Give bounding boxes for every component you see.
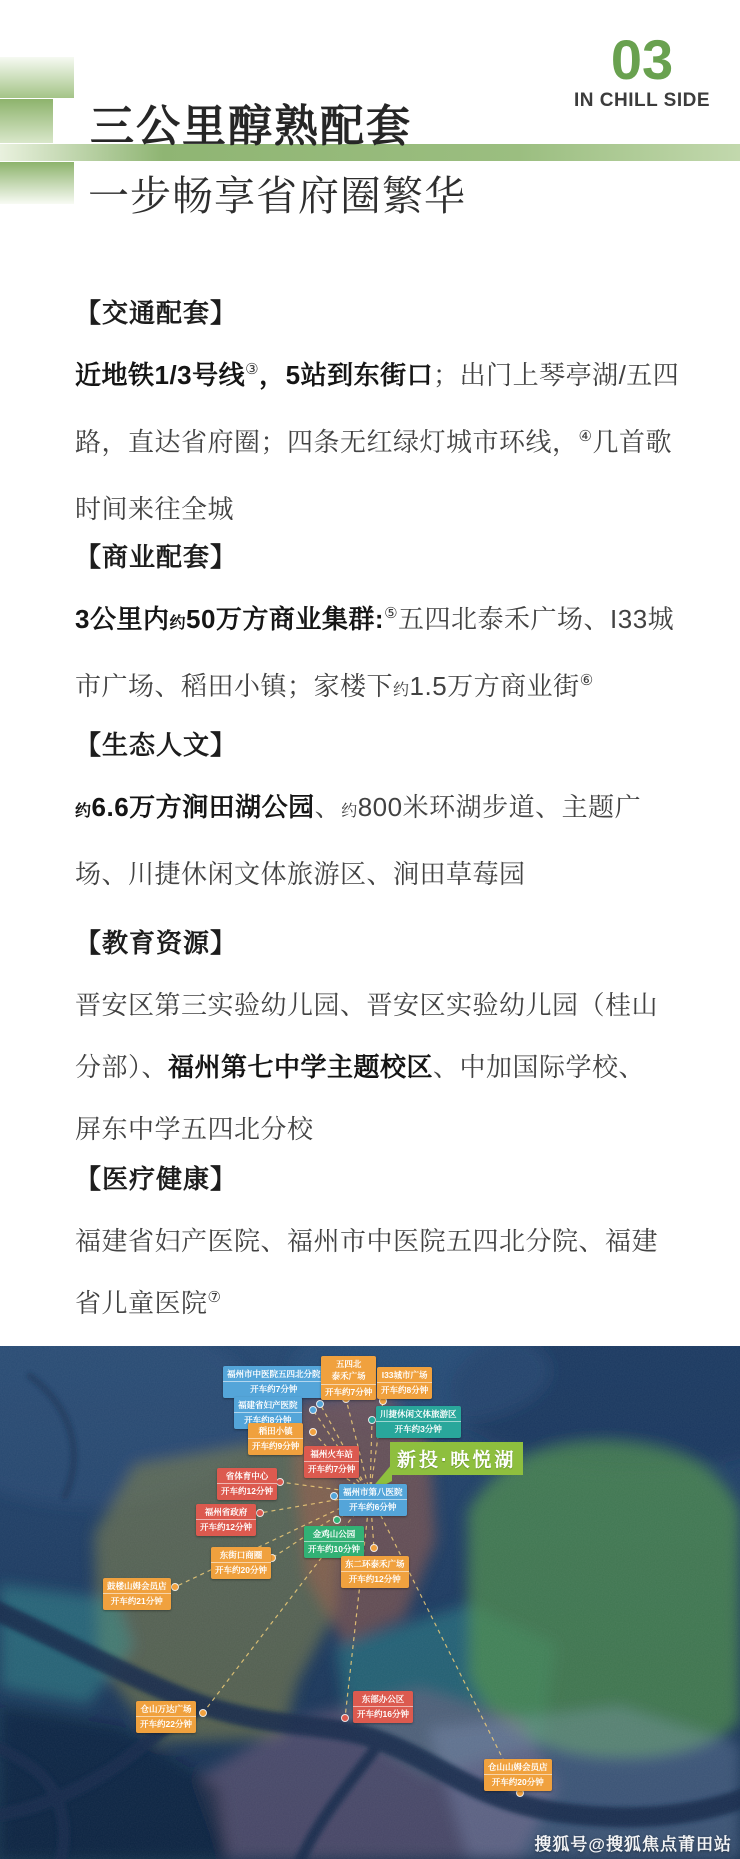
section-line: 分部）、福州第七中学主题校区、中加国际学校、 [75, 1036, 685, 1098]
text-run: ；出门上琴亭湖/五四 [433, 360, 679, 390]
map-label: 省体育中心开车约12分钟 [217, 1468, 277, 1500]
text-run: 路，直达省府圈；四条无红绿灯城市环线， [75, 427, 579, 457]
map-label-name: 仓山山姆会员店 [484, 1759, 552, 1774]
map-label-name: 仓山万达广场 [136, 1701, 196, 1716]
text-run: ③ [245, 361, 259, 378]
text-run: ，5站到东街口 [259, 360, 433, 390]
map-label-name: 鼓楼山姆会员店 [103, 1578, 171, 1593]
text-run: 场、川捷休闲文体旅游区、涧田草莓园 [75, 859, 526, 889]
map-label: 福州市第八医院开车约6分钟 [339, 1484, 407, 1516]
map-label-name: 稻田小镇 [248, 1423, 303, 1438]
text-run: 3公里内 [75, 604, 169, 634]
map-label: I33城市广场开车约8分钟 [377, 1367, 432, 1399]
map-label-name: 东二环泰禾广场 [341, 1556, 409, 1571]
map-label-name: 省体育中心 [217, 1468, 277, 1483]
text-run: 800米环湖步道、主题广 [358, 792, 641, 822]
text-run: 市广场、稻田小镇；家楼下 [75, 671, 393, 701]
map-dot [369, 1417, 376, 1424]
text-run: 约 [341, 803, 358, 820]
text-run: ⑦ [208, 1289, 222, 1306]
map-label-name: I33城市广场 [377, 1367, 432, 1382]
section-heading: 【商业配套】 [75, 526, 685, 588]
map-label-name: 福州市中医院五四北分院 [223, 1366, 325, 1381]
map-label-drive-time: 开车约20分钟 [211, 1562, 271, 1578]
map-label-name: 福州市第八医院 [339, 1484, 407, 1499]
map-label-name: 福州火车站 [304, 1446, 359, 1461]
text-run: 约 [393, 682, 410, 699]
map-label-name: 福建省妇产医院 [234, 1397, 302, 1412]
map-dot [334, 1517, 341, 1524]
map-label-drive-time: 开车约7分钟 [223, 1381, 325, 1397]
map-label: 仓山山姆会员店开车约20分钟 [484, 1759, 552, 1791]
map-dot [257, 1510, 264, 1517]
section-index-caption: IN CHILL SIDE [574, 90, 710, 112]
map-label-drive-time: 开车约22分钟 [136, 1716, 196, 1732]
text-run: 时间来往全城 [75, 494, 234, 524]
map-dot [371, 1545, 378, 1552]
map-label-name: 福州省政府 [196, 1504, 256, 1519]
text-run: 6.6万方涧田湖公园 [92, 792, 315, 822]
section-heading: 【生态人文】 [75, 714, 685, 776]
map-dot [317, 1401, 324, 1408]
promo-page: 三公里醇熟配套 一步畅享省府圈繁华 03 IN CHILL SIDE 【交通配套… [0, 0, 740, 1859]
map-label: 东部办公区开车约16分钟 [353, 1691, 413, 1723]
map-label-drive-time: 开车约9分钟 [248, 1438, 303, 1454]
section-heading: 【医疗健康】 [75, 1148, 685, 1210]
text-run: 晋安区第三实验幼儿园、晋安区实验幼儿园（桂山 [75, 990, 658, 1020]
map-label-name: 东街口商圈 [211, 1547, 271, 1562]
section-line: 近地铁1/3号线③，5站到东街口；出门上琴亭湖/五四 [75, 344, 685, 411]
text-run: 50万方商业集群: [186, 604, 384, 634]
text-run: 、 [315, 792, 342, 822]
map-label: 鼓楼山姆会员店开车约21分钟 [103, 1578, 171, 1610]
map-dot [310, 1429, 317, 1436]
section-heading: 【教育资源】 [75, 912, 685, 974]
map-label-name: 金鸡山公园 [304, 1526, 364, 1541]
map-dot [331, 1493, 338, 1500]
map-label-drive-time: 开车约6分钟 [339, 1499, 407, 1515]
map-dot [342, 1715, 349, 1722]
text-run: ④ [579, 428, 593, 445]
section-line: 市广场、稻田小镇；家楼下约1.5万方商业街⑥ [75, 655, 685, 722]
map-label-drive-time: 开车约12分钟 [217, 1483, 277, 1499]
text-run: 省儿童医院 [75, 1288, 208, 1318]
section-index: 03 IN CHILL SIDE [574, 32, 710, 112]
text-run: 屏东中学五四北分校 [75, 1114, 314, 1144]
map-dot [310, 1407, 317, 1414]
map-label: 东街口商圈开车约20分钟 [211, 1547, 271, 1579]
section-index-number: 03 [574, 32, 710, 88]
location-map: 福州市中医院五四北分院开车约7分钟五四北泰禾广场开车约7分钟I33城市广场开车约… [0, 1346, 740, 1859]
content-section: 【商业配套】3公里内约50万方商业集群:⑤五四北泰禾广场、I33城市广场、稻田小… [75, 526, 685, 722]
map-label-drive-time: 开车约7分钟 [321, 1384, 376, 1400]
text-run: 福州第七中学主题校区 [168, 1052, 433, 1082]
map-label-drive-time: 开车约7分钟 [304, 1461, 359, 1477]
text-run: ⑥ [580, 672, 594, 689]
map-label: 东二环泰禾广场开车约12分钟 [341, 1556, 409, 1588]
map-label: 福州省政府开车约12分钟 [196, 1504, 256, 1536]
map-label-name: 川捷休闲文体旅游区 [376, 1406, 461, 1421]
section-line: 福建省妇产医院、福州市中医院五四北分院、福建 [75, 1210, 685, 1272]
map-label: 福州市中医院五四北分院开车约7分钟 [223, 1366, 325, 1398]
text-run: 1.5万方商业街 [410, 671, 580, 701]
text-run: 几首歌 [592, 427, 672, 457]
green-bar-top [0, 57, 74, 98]
section-heading: 【交通配套】 [75, 282, 685, 344]
map-dot [200, 1710, 207, 1717]
section-line: 场、川捷休闲文体旅游区、涧田草莓园 [75, 843, 685, 905]
map-label: 稻田小镇开车约9分钟 [248, 1423, 303, 1455]
content-section: 【交通配套】近地铁1/3号线③，5站到东街口；出门上琴亭湖/五四路，直达省府圈；… [75, 282, 685, 540]
text-run: 约 [169, 615, 186, 632]
map-label-drive-time: 开车约12分钟 [196, 1519, 256, 1535]
page-title: 三公里醇熟配套 [90, 90, 412, 154]
map-label-name: 五四北泰禾广场 [321, 1356, 376, 1384]
map-label-drive-time: 开车约16分钟 [353, 1706, 413, 1722]
map-dot [172, 1584, 179, 1591]
section-line: 路，直达省府圈；四条无红绿灯城市环线，④几首歌 [75, 411, 685, 478]
content-section: 【生态人文】约6.6万方涧田湖公园、约800米环湖步道、主题广场、川捷休闲文体旅… [75, 714, 685, 905]
section-line: 约6.6万方涧田湖公园、约800米环湖步道、主题广 [75, 776, 685, 843]
map-label-name: 东部办公区 [353, 1691, 413, 1706]
map-dot [277, 1479, 284, 1486]
section-line: 晋安区第三实验幼儿园、晋安区实验幼儿园（桂山 [75, 974, 685, 1036]
text-run: 分部）、 [75, 1052, 168, 1082]
map-label-drive-time: 开车约8分钟 [377, 1382, 432, 1398]
text-run: 五四北泰禾广场、I33城 [398, 604, 674, 634]
text-run: 约 [75, 803, 92, 820]
project-flag: 新投·映悦湖 [390, 1442, 523, 1475]
text-run: 福建省妇产医院、福州市中医院五四北分院、福建 [75, 1226, 658, 1256]
map-label-drive-time: 开车约12分钟 [341, 1571, 409, 1587]
map-label-drive-time: 开车约20分钟 [484, 1774, 552, 1790]
content-section: 【教育资源】晋安区第三实验幼儿园、晋安区实验幼儿园（桂山分部）、福州第七中学主题… [75, 912, 685, 1160]
map-label: 金鸡山公园开车约10分钟 [304, 1526, 364, 1558]
text-run: 、中加国际学校、 [433, 1052, 645, 1082]
map-label-drive-time: 开车约21分钟 [103, 1593, 171, 1609]
section-line: 省儿童医院⑦ [75, 1272, 685, 1339]
map-label: 五四北泰禾广场开车约7分钟 [321, 1356, 376, 1400]
watermark: 搜狐号@搜狐焦点莆田站 [534, 1830, 732, 1855]
map-label: 川捷休闲文体旅游区开车约3分钟 [376, 1406, 461, 1438]
map-label: 福州火车站开车约7分钟 [304, 1446, 359, 1478]
text-run: ⑤ [384, 605, 398, 622]
text-run: 近地铁1/3号线 [75, 360, 245, 390]
map-label-drive-time: 开车约3分钟 [376, 1421, 461, 1437]
green-bar-bottom [0, 162, 74, 204]
content-section: 【医疗健康】福建省妇产医院、福州市中医院五四北分院、福建省儿童医院⑦ [75, 1148, 685, 1339]
section-line: 3公里内约50万方商业集群:⑤五四北泰禾广场、I33城 [75, 588, 685, 655]
green-bar-middle [0, 99, 53, 143]
map-label: 仓山万达广场开车约22分钟 [136, 1701, 196, 1733]
page-subtitle: 一步畅享省府圈繁华 [88, 163, 466, 222]
